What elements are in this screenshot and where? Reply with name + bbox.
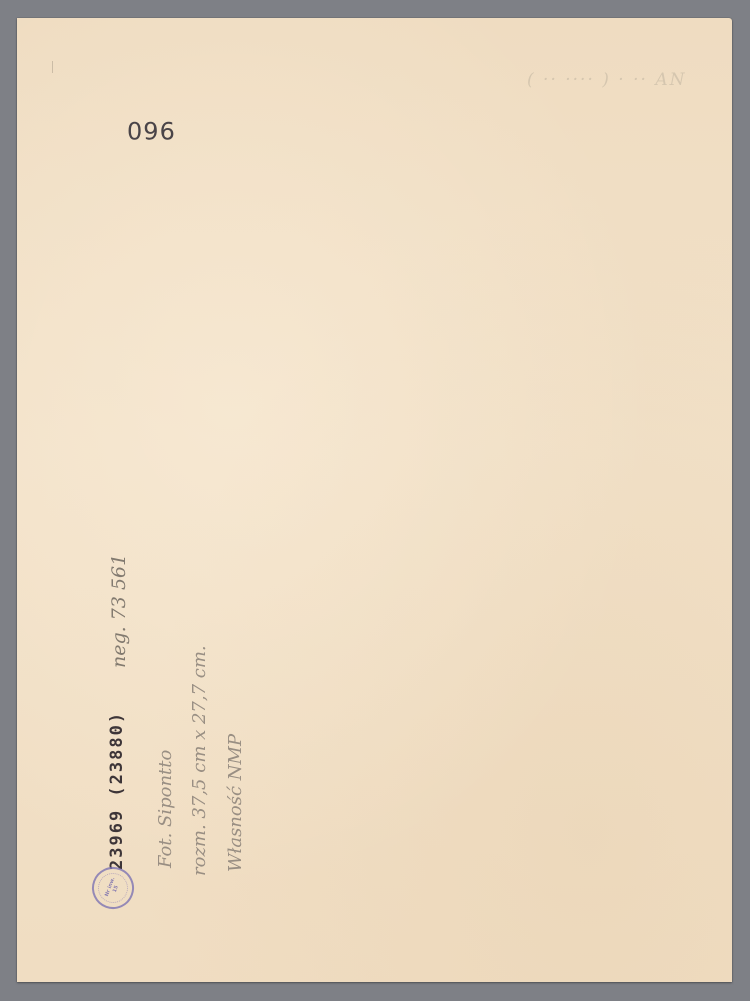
photographer-credit: Fot. Sipontto	[155, 750, 176, 868]
catalog-number-upside-down: 960	[126, 116, 175, 144]
pencil-tick-mark	[52, 61, 53, 73]
ownership-note: Własność NMP	[225, 734, 246, 872]
erased-pencil-note: ( ·· ···· ) · ·· AN	[527, 70, 686, 90]
inventory-numbers: 23969 (23880)	[107, 711, 127, 870]
dimensions-note: rozm. 37,5 cm x 27,7 cm.	[189, 645, 210, 876]
negative-number-label: neg. 73 561	[108, 554, 130, 668]
